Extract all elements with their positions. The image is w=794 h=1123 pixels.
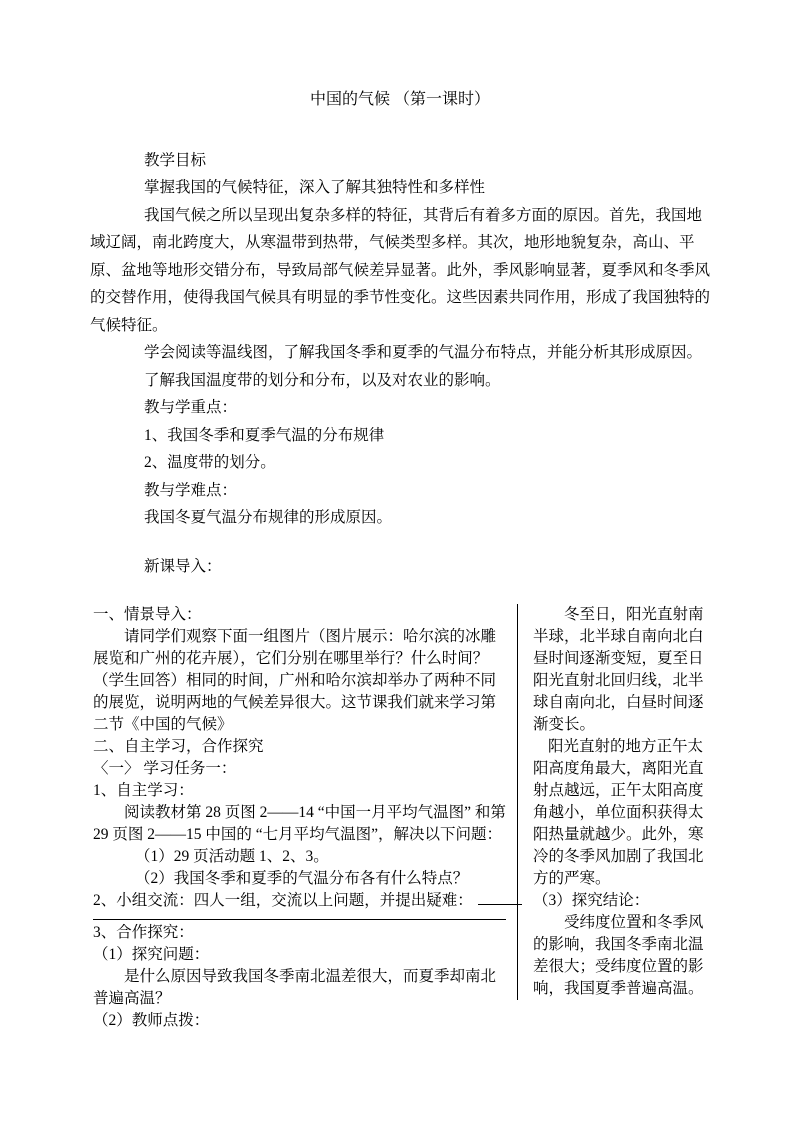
teacher-guidance-heading: （2）教师点拨： bbox=[93, 1010, 506, 1032]
objective-isotherm: 学会阅读等温线图，了解我国冬季和夏季的气温分布特点，并能分析其形成原因。 bbox=[90, 339, 710, 367]
key-point-2: 2、温度带的划分。 bbox=[90, 449, 710, 477]
inquiry-conclusion: 受纬度位置和冬季风的影响，我国冬季南北温差很大；受纬度位置的影响，我国夏季普遍高… bbox=[533, 912, 707, 1000]
objective-mastery: 掌握我国的气候特征，深入了解其独特性和多样性 bbox=[90, 174, 710, 202]
key-point-1: 1、我国冬季和夏季气温的分布规律 bbox=[90, 422, 710, 450]
page-title: 中国的气候 （第一课时） bbox=[90, 86, 710, 114]
document-page: 中国的气候 （第一课时） 教学目标 掌握我国的气候特征，深入了解其独特性和多样性… bbox=[0, 0, 794, 1123]
activity-question-2: （2）我国冬季和夏季的气温分布各有什么特点？ bbox=[93, 868, 506, 890]
teaching-objectives-section: 教学目标 掌握我国的气候特征，深入了解其独特性和多样性 我国气候之所以呈现出复杂… bbox=[90, 147, 710, 581]
solar-angle-paragraph: 阳光直射的地方正午太阳高度角最大，离阳光直射点越远，正午太阳高度角越小，单位面积… bbox=[533, 736, 707, 890]
section-divider-line bbox=[93, 919, 506, 920]
objectives-heading: 教学目标 bbox=[90, 147, 710, 175]
scenario-intro-heading: 一、情景导入： bbox=[93, 604, 506, 626]
right-column: 冬至日，阳光直射南半球，北半球自南向北白昼时间逐渐变短，夏至日阳光直射北回归线，… bbox=[517, 604, 707, 1000]
group-discussion-text: 2、小组交流：四人一组，交流以上问题，并提出疑难： bbox=[93, 892, 473, 909]
left-column: 一、情景导入： 请同学们观察下面一组图片（图片展示：哈尔滨的冰雕展览和广州的花卉… bbox=[90, 604, 517, 1032]
learning-task-heading: 〈一〉 学习任务一： bbox=[93, 758, 506, 780]
new-lesson-intro-heading: 新课导入： bbox=[90, 553, 710, 581]
key-points-heading: 教与学重点： bbox=[90, 394, 710, 422]
group-discussion-line: 2、小组交流：四人一组，交流以上问题，并提出疑难： bbox=[93, 890, 506, 912]
blank-underline bbox=[478, 890, 522, 905]
climate-reasons-paragraph: 我国气候之所以呈现出复杂多样的特征，其背后有着多方面的原因。首先，我国地域辽阔，… bbox=[90, 202, 710, 340]
inquiry-question: 是什么原因导致我国冬季南北温差很大，而夏季却南北普遍高温？ bbox=[93, 966, 506, 1010]
difficulty-heading: 教与学难点： bbox=[90, 477, 710, 505]
objective-temperature-zones: 了解我国温度带的划分和分布，以及对农业的影响。 bbox=[90, 367, 710, 395]
self-study-heading: 1、自主学习： bbox=[93, 780, 506, 802]
activity-question-1: （1）29 页活动题 1、2、3。 bbox=[93, 846, 506, 868]
inquiry-conclusion-heading: （3）探究结论： bbox=[533, 890, 707, 912]
self-study-section-heading: 二、自主学习，合作探究 bbox=[93, 736, 506, 758]
winter-solstice-paragraph: 冬至日，阳光直射南半球，北半球自南向北白昼时间逐渐变短，夏至日阳光直射北回归线，… bbox=[533, 604, 707, 736]
inquiry-question-heading: （1）探究问题： bbox=[93, 944, 506, 966]
cooperative-inquiry-heading: 3、合作探究： bbox=[93, 922, 506, 944]
reading-task-paragraph: 阅读教材第 28 页图 2——14 “中国一月平均气温图” 和第 29 页图 2… bbox=[93, 802, 506, 846]
lesson-two-column-section: 一、情景导入： 请同学们观察下面一组图片（图片展示：哈尔滨的冰雕展览和广州的花卉… bbox=[90, 604, 710, 1032]
scenario-intro-paragraph: 请同学们观察下面一组图片（图片展示：哈尔滨的冰雕展览和广州的花卉展），它们分别在… bbox=[93, 626, 506, 736]
difficulty-point: 我国冬夏气温分布规律的形成原因。 bbox=[90, 504, 710, 532]
